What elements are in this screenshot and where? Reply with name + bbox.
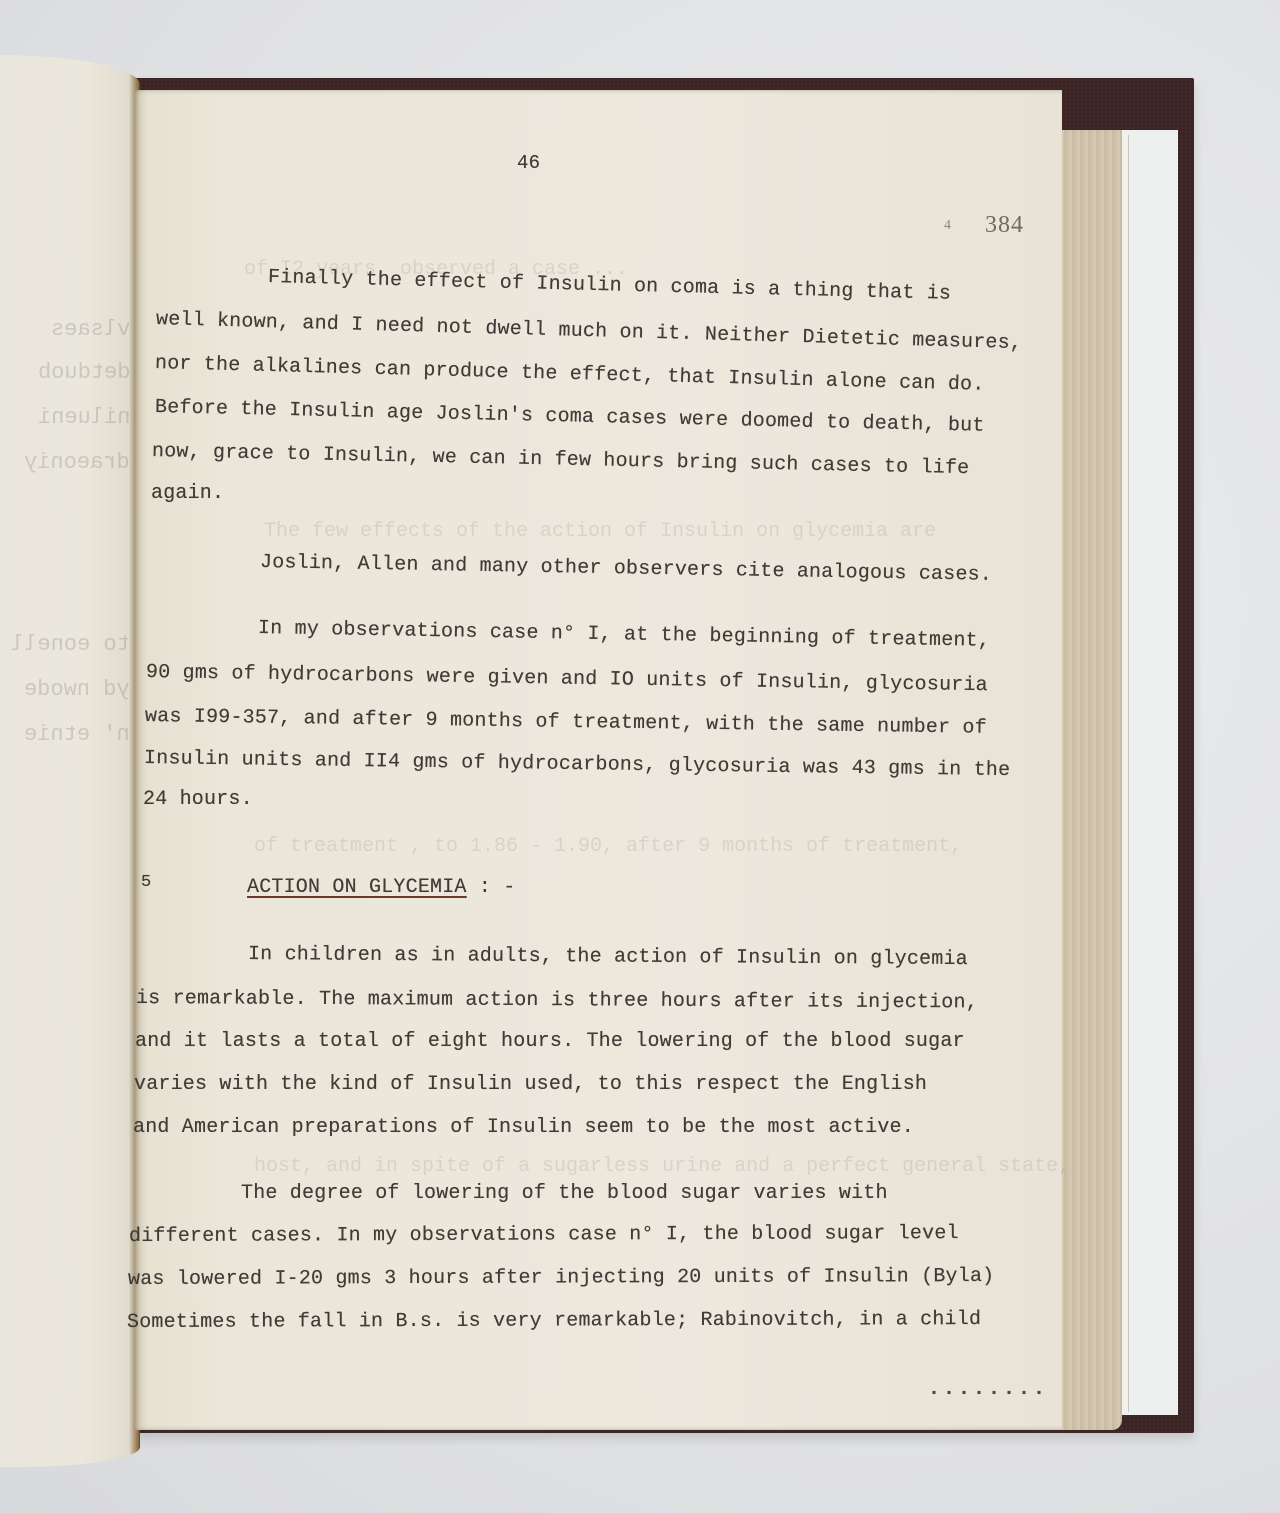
- heading-row: ACTION ON GLYCEMIA : -: [247, 876, 515, 899]
- text-line: was lowered I-20 gms 3 hours after injec…: [128, 1265, 994, 1291]
- bleed-through-text: of treatment , to 1.86 - 1.90, after 9 m…: [254, 835, 962, 858]
- page-number: 46: [517, 152, 540, 174]
- bleed-through-text: The few effects of the action of Insulin…: [264, 520, 936, 543]
- bleed-through-text: to eonell: [11, 632, 130, 657]
- continuation-dots: ........: [928, 1378, 1048, 1401]
- bleed-through-text: nilueni: [38, 405, 130, 430]
- text-line: again.: [151, 482, 224, 505]
- heading-suffix: : -: [479, 876, 516, 899]
- bleed-through-text: n' etnie: [24, 722, 130, 747]
- archive-mark: 4: [944, 218, 951, 234]
- left-page: vlsaes detduob nilueni draeoniy to eonel…: [0, 55, 140, 1467]
- text-line: is remarkable. The maximum action is thr…: [136, 987, 978, 1014]
- bleed-through-text: yd nwode: [24, 677, 130, 702]
- text-line: different cases. In my observations case…: [129, 1222, 959, 1248]
- text-line: Sometimes the fall in B.s. is very remar…: [127, 1308, 981, 1334]
- text-line: and American preparations of Insulin see…: [133, 1116, 914, 1139]
- bleed-through-text: detduob: [38, 360, 130, 385]
- text-line: and it lasts a total of eight hours. The…: [135, 1030, 965, 1053]
- bleed-through-text: draeoniy: [24, 450, 130, 475]
- margin-marker: 5: [141, 873, 151, 892]
- page-fore-edge: [1060, 130, 1122, 1430]
- heading-title: ACTION ON GLYCEMIA: [247, 876, 467, 899]
- text-line: 24 hours.: [143, 788, 253, 811]
- text-line: varies with the kind of Insulin used, to…: [134, 1073, 927, 1096]
- bleed-through-text: vlsaes: [51, 317, 130, 342]
- bleed-through-text: host, and in spite of a sugarless urine …: [254, 1155, 1070, 1178]
- archive-stamp-number: 384: [985, 212, 1024, 239]
- text-line: The degree of lowering of the blood suga…: [241, 1182, 888, 1205]
